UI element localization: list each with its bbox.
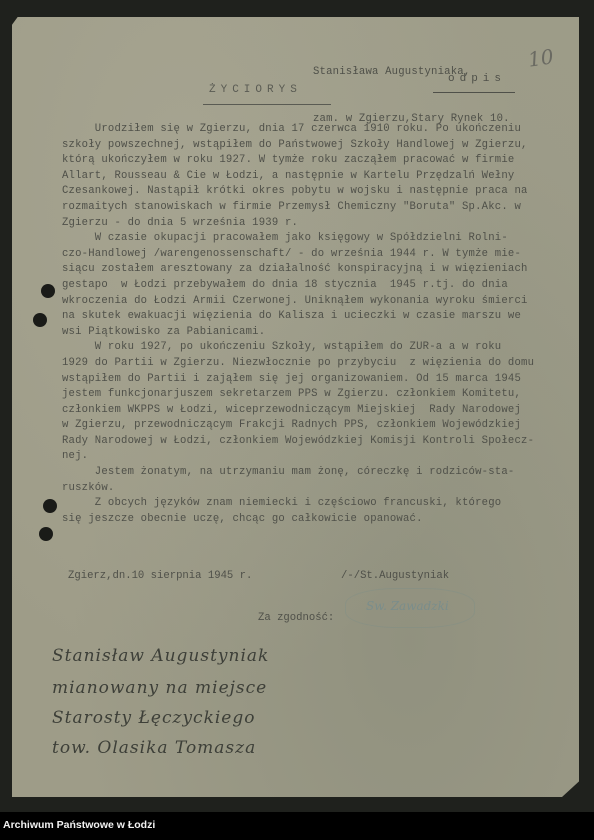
body-line: członkiem WKPPS w Łodzi, wiceprzewodnicz… [62, 403, 534, 419]
body-line: na skutek ewakuacji więzienia do Kalisza… [62, 309, 534, 325]
punch-hole [33, 313, 47, 327]
body-line: nej. [62, 449, 534, 465]
punch-hole [39, 527, 53, 541]
copy-label-underline [433, 92, 515, 93]
handwritten-line: Starosty Łęczyckiego [52, 708, 256, 728]
body-line: gestapo w Łodzi przebywałem do dnia 18 s… [62, 278, 534, 294]
body-line: rozmaitych stanowiskach w firmie Przemys… [62, 200, 534, 216]
page-number: 10 [526, 44, 555, 71]
title-underline [203, 104, 331, 105]
body-line: wstąpiłem do Partii i zająłem się jej or… [62, 372, 534, 388]
body-line: wsi Piątkowisko za Pabianicami. [62, 325, 534, 341]
body-line: Allart, Rousseau & Cie w Łodzi, a następ… [62, 169, 534, 185]
body-line: w Zgierzu, przewodniczącym Frakcji Radny… [62, 418, 534, 434]
copy-label: odpis [448, 73, 506, 85]
body-line: ruszków. [62, 481, 534, 497]
body-line: wkroczenia do Łodzi Armii Czerwonej. Uni… [62, 294, 534, 310]
place-date: Zgierz,dn.10 sierpnia 1945 r. [68, 570, 252, 582]
body-line: którą ukończyłem w roku 1927. W tymże ro… [62, 153, 534, 169]
archive-caption: Archiwum Państwowe w Łodzi [3, 819, 155, 831]
certified-label: Za zgodność: [258, 612, 334, 624]
document-body: Urodziłem się w Zgierzu, dnia 17 czerwca… [62, 122, 534, 527]
body-line: 1929 do Partii w Zgierzu. Niezwłocznie p… [62, 356, 534, 372]
body-line: siącu zostałem aresztowany za działalnoś… [62, 262, 534, 278]
punch-hole [43, 499, 57, 513]
body-line: Jestem żonatym, na utrzymaniu mam żonę, … [62, 465, 534, 481]
handwritten-line: tow. Olasika Tomasza [52, 738, 256, 758]
body-line: jestem funkcjonarjuszem sekretarzem PPS … [62, 387, 534, 403]
body-line: Urodziłem się w Zgierzu, dnia 17 czerwca… [62, 122, 534, 138]
body-line: Zgierzu - do dnia 5 września 1939 r. [62, 216, 534, 232]
punch-hole [41, 284, 55, 298]
body-line: czo-Handlowej /warengenossenschaft/ - do… [62, 247, 534, 263]
body-line: szkoły powszechnej, wstąpiłem do Państwo… [62, 138, 534, 154]
body-line: Czesankowej. Nastąpił krótki okres pobyt… [62, 184, 534, 200]
body-line: Rady Narodowej w Łodzi, członkiem Wojewó… [62, 434, 534, 450]
certifying-signature: Sw. Zawadzki [345, 588, 475, 628]
body-line: Z obcych języków znam niemiecki i części… [62, 496, 534, 512]
typed-signature: /-/St.Augustyniak [341, 570, 449, 582]
handwritten-line: Stanisław Augustyniak [52, 646, 269, 666]
body-line: W roku 1927, po ukończeniu Szkoły, wstąp… [62, 340, 534, 356]
handwritten-line: mianowany na miejsce [52, 678, 267, 698]
document-title: ŻYCIORYS [209, 84, 302, 96]
body-line: W czasie okupacji pracowałem jako księgo… [62, 231, 534, 247]
body-line: się jeszcze obecnie uczę, chcąc go całko… [62, 512, 534, 528]
